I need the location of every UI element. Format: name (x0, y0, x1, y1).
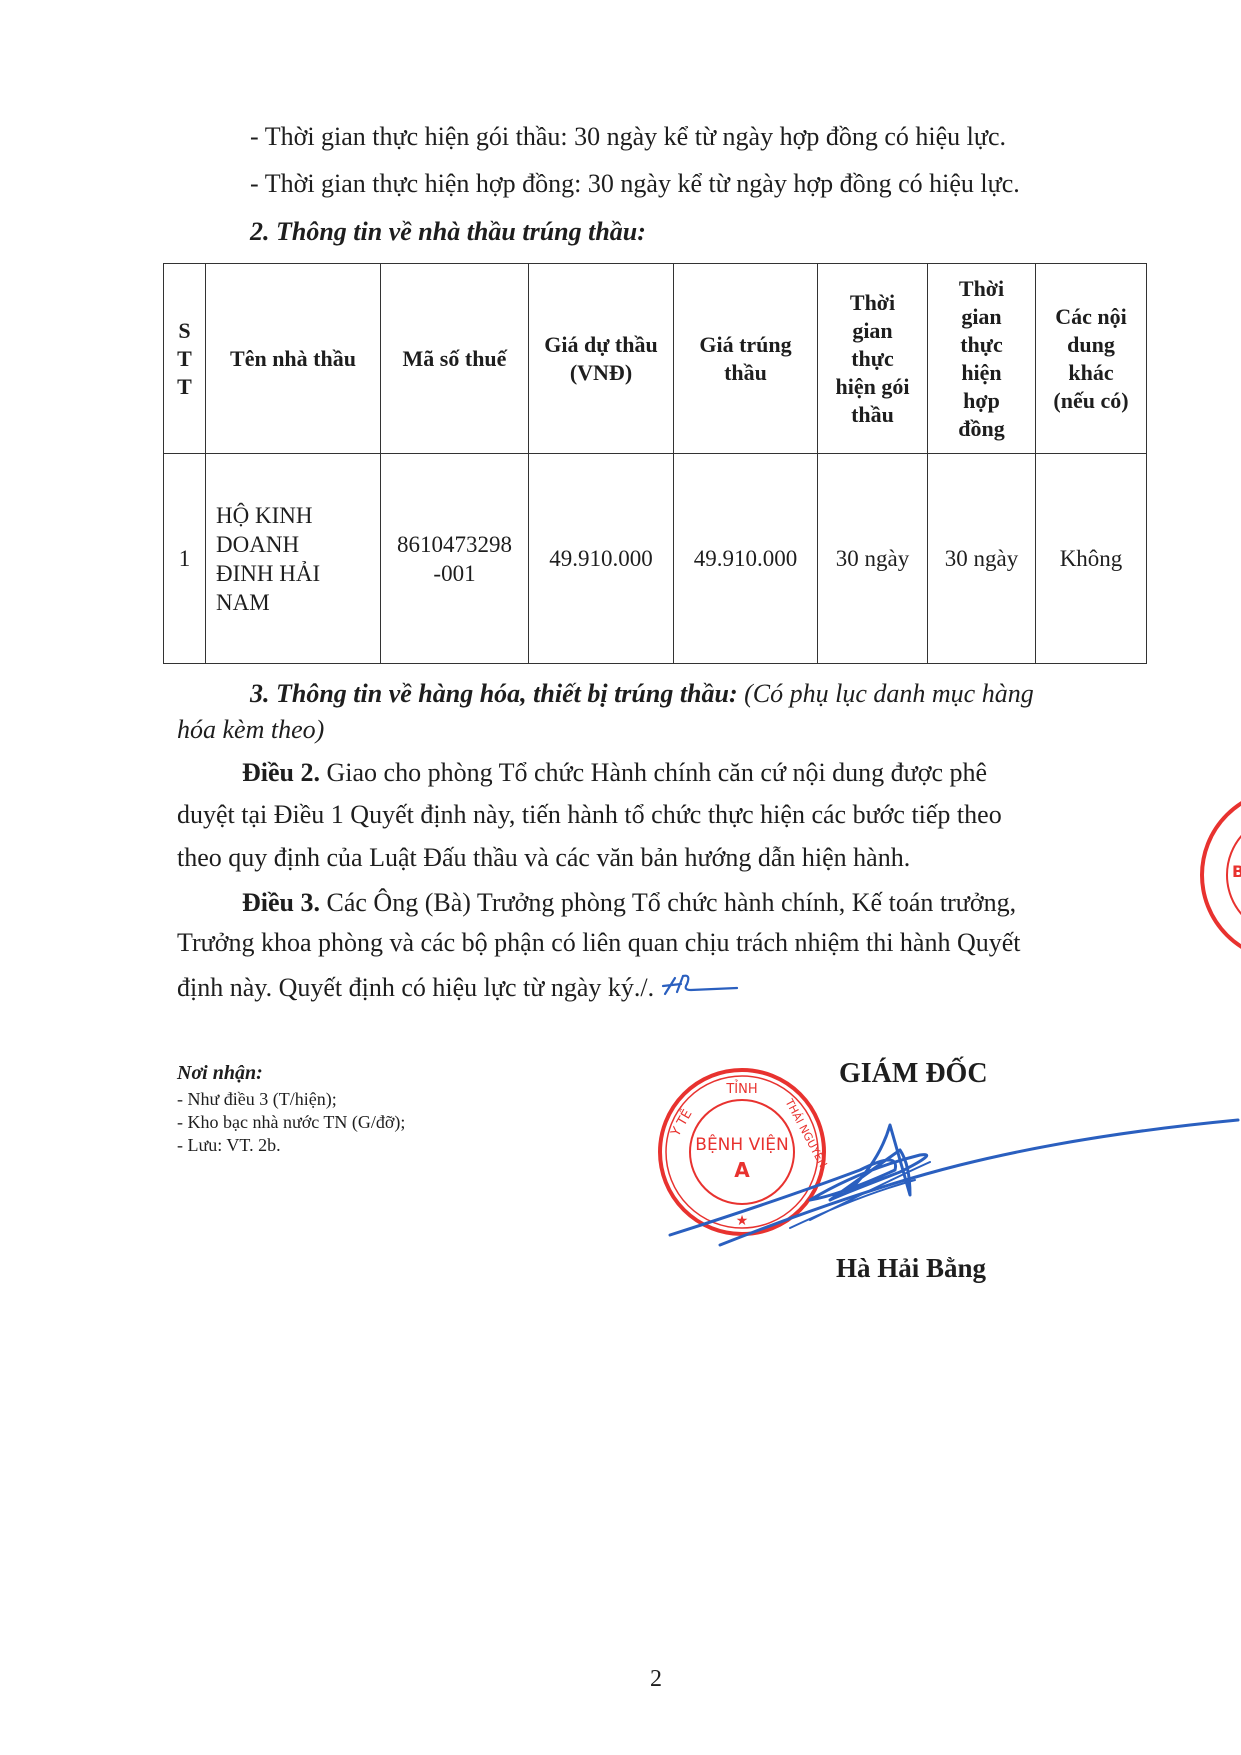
header-tax-code: Mã số thuế (381, 264, 529, 454)
contractor-table: STT Tên nhà thầu Mã số thuế Giá dự thầu(… (163, 263, 1147, 664)
cell-contractor: HỘ KINHDOANHĐINH HẢINAM (206, 454, 381, 664)
partial-stamp-icon: BỆ (1192, 785, 1241, 965)
cell-bid-price: 49.910.000 (529, 454, 674, 664)
header-winning-price: Giá trúngthầu (674, 264, 818, 454)
article-3-line1: Điều 3. Các Ông (Bà) Trưởng phòng Tổ chứ… (242, 890, 1016, 916)
signer-title: GIÁM ĐỐC (839, 1058, 988, 1090)
bullet-package-time: - Thời gian thực hiện gói thầu: 30 ngày … (250, 124, 1006, 150)
cell-contract-time: 30 ngày (928, 454, 1036, 664)
bullet-contract-time: - Thời gian thực hiện hợp đồng: 30 ngày … (250, 171, 1020, 197)
section-2-heading: 2. Thông tin về nhà thầu trúng thầu: (250, 219, 646, 245)
article-2-line1: Điều 2. Giao cho phòng Tổ chức Hành chín… (242, 760, 987, 786)
article-3-line2: Trưởng khoa phòng và các bộ phận có liên… (177, 930, 1021, 956)
header-bid-price: Giá dự thầu(VNĐ) (529, 264, 674, 454)
recipient-item: - Kho bạc nhà nước TN (G/đỡ); (177, 1112, 405, 1133)
cell-stt: 1 (164, 454, 206, 664)
article-2-line2: duyệt tại Điều 1 Quyết định này, tiến hà… (177, 802, 1002, 828)
recipient-item: - Lưu: VT. 2b. (177, 1135, 281, 1156)
page-number: 2 (650, 1666, 662, 1693)
header-other: Các nộidungkhác(nếu có) (1036, 264, 1147, 454)
header-stt: STT (164, 264, 206, 454)
signature-icon (660, 1110, 1241, 1250)
section-3-note-cont: hóa kèm theo) (177, 717, 324, 743)
article-3-label: Điều 3. (242, 888, 320, 917)
cell-winning-price: 49.910.000 (674, 454, 818, 664)
section-3-note: (Có phụ lục danh mục hàng (744, 679, 1034, 708)
section-3-heading: 3. Thông tin về hàng hóa, thiết bị trúng… (250, 679, 738, 708)
header-package-time: Thờigianthựchiện góithầu (818, 264, 928, 454)
article-3-line3: định này. Quyết định có hiệu lực từ ngày… (177, 972, 741, 1002)
article-3-text-end: định này. Quyết định có hiệu lực từ ngày… (177, 973, 654, 1002)
recipient-item: - Như điều 3 (T/hiện); (177, 1089, 337, 1110)
article-3-text: Các Ông (Bà) Trưởng phòng Tổ chức hành c… (327, 888, 1017, 917)
table-row: 1 HỘ KINHDOANHĐINH HẢINAM 8610473298-001… (164, 454, 1147, 664)
header-contract-time: Thờigianthựchiệnhợpđồng (928, 264, 1036, 454)
stamp-top-text: TỈNH (725, 1080, 757, 1097)
article-2-text: Giao cho phòng Tổ chức Hành chính căn cứ… (327, 758, 988, 787)
recipients-title: Nơi nhận: (177, 1062, 263, 1085)
cell-package-time: 30 ngày (818, 454, 928, 664)
article-2-label: Điều 2. (242, 758, 320, 787)
svg-text:BỆ: BỆ (1232, 861, 1241, 881)
section-3: 3. Thông tin về hàng hóa, thiết bị trúng… (250, 681, 1034, 707)
header-contractor: Tên nhà thầu (206, 264, 381, 454)
cell-tax-code: 8610473298-001 (381, 454, 529, 664)
cell-other: Không (1036, 454, 1147, 664)
article-2-line3: theo quy định của Luật Đấu thầu và các v… (177, 845, 910, 871)
signer-name: Hà Hải Bằng (836, 1253, 986, 1284)
table-header-row: STT Tên nhà thầu Mã số thuế Giá dự thầu(… (164, 264, 1147, 454)
initials-icon (661, 972, 741, 1002)
